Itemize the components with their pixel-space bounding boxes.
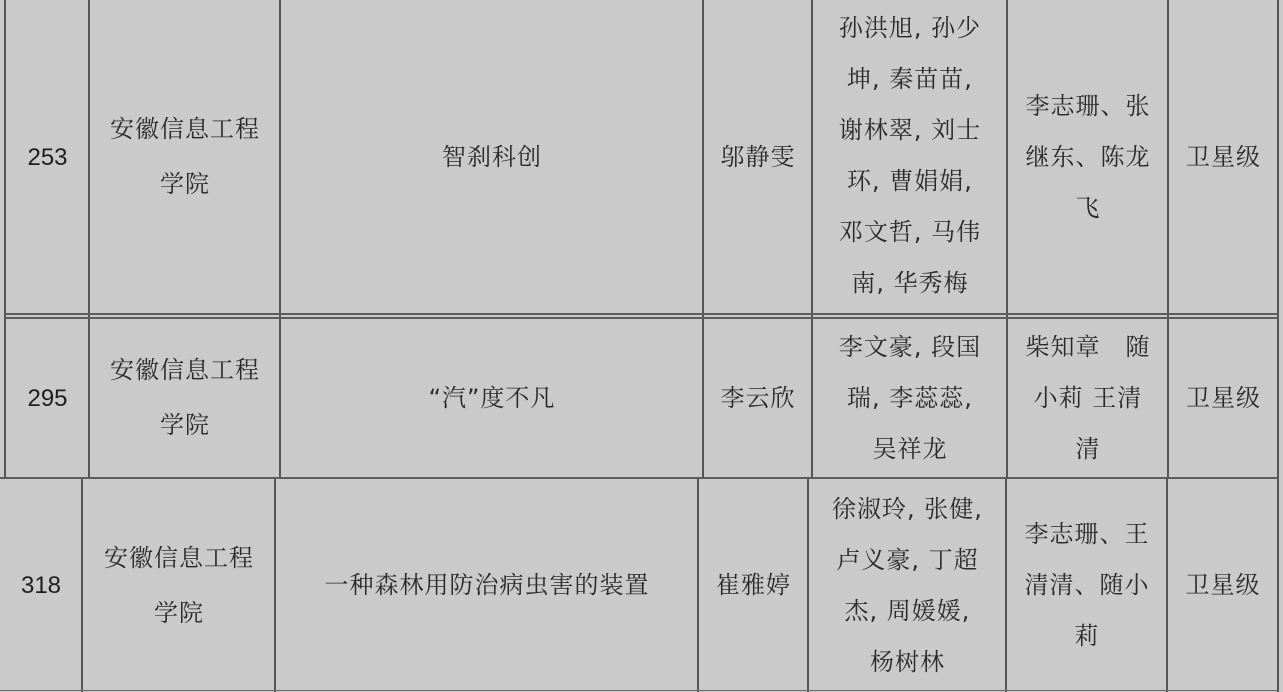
cell-leader: 邬静雯	[704, 0, 812, 314]
cell-level: 卫星级	[1169, 319, 1278, 477]
table-border	[81, 478, 83, 692]
cell-advisors: 李志珊、王 清清、随小 莉	[1007, 479, 1167, 692]
cell-id: 253	[6, 0, 89, 314]
table-border	[1277, 0, 1279, 477]
cell-id: 295	[6, 319, 89, 477]
table-border	[702, 0, 704, 477]
table-border	[1277, 478, 1279, 692]
table-border	[1166, 478, 1168, 692]
cell-advisors: 柴知章 随 小莉 王清 清	[1008, 319, 1168, 477]
table-border	[4, 317, 1279, 319]
cell-project: “汽”度不凡	[281, 319, 703, 477]
table-border	[0, 690, 1279, 691]
table-border	[811, 0, 813, 477]
table-row: 253 安徽信息工程 学院 智刹科创 邬静雯 孙洪旭, 孙少 坤, 秦苗苗, 谢…	[0, 0, 1283, 314]
table-border	[1006, 0, 1008, 477]
table-row: 295 安徽信息工程 学院 “汽”度不凡 李云欣 李文豪, 段国 瑞, 李蕊蕊,…	[0, 319, 1283, 477]
cell-school: 安徽信息工程 学院	[83, 479, 275, 692]
table-border	[697, 478, 699, 692]
table-border	[807, 478, 809, 692]
table-border	[4, 313, 1279, 315]
cell-advisors: 李志珊、张 继东、陈龙 飞	[1008, 0, 1168, 314]
table-border	[279, 0, 281, 477]
cell-project: 一种森林用防治病虫害的装置	[276, 479, 698, 692]
table-border	[274, 478, 276, 692]
cell-id: 318	[0, 479, 82, 692]
cell-school: 安徽信息工程 学院	[90, 0, 280, 314]
cell-members: 徐淑玲, 张健, 卢义豪, 丁超 杰, 周媛媛, 杨树林	[809, 479, 1006, 692]
cell-level: 卫星级	[1168, 479, 1278, 692]
cell-members: 李文豪, 段国 瑞, 李蕊蕊, 吴祥龙	[813, 319, 1007, 477]
table-border	[1167, 0, 1169, 477]
document-page: 253 安徽信息工程 学院 智刹科创 邬静雯 孙洪旭, 孙少 坤, 秦苗苗, 谢…	[0, 0, 1283, 692]
cell-members: 孙洪旭, 孙少 坤, 秦苗苗, 谢林翠, 刘士 环, 曹娟娟, 邓文哲, 马伟 …	[813, 0, 1007, 314]
table-border	[0, 477, 1279, 479]
table-row: 318 安徽信息工程 学院 一种森林用防治病虫害的装置 崔雅婷 徐淑玲, 张健,…	[0, 479, 1283, 692]
cell-leader: 崔雅婷	[699, 479, 808, 692]
table-border	[1005, 478, 1007, 692]
cell-school: 安徽信息工程 学院	[90, 319, 280, 477]
cell-level: 卫星级	[1169, 0, 1278, 314]
table-border	[4, 0, 6, 477]
table-border	[88, 0, 90, 477]
cell-project: 智刹科创	[281, 0, 703, 314]
cell-leader: 李云欣	[704, 319, 812, 477]
